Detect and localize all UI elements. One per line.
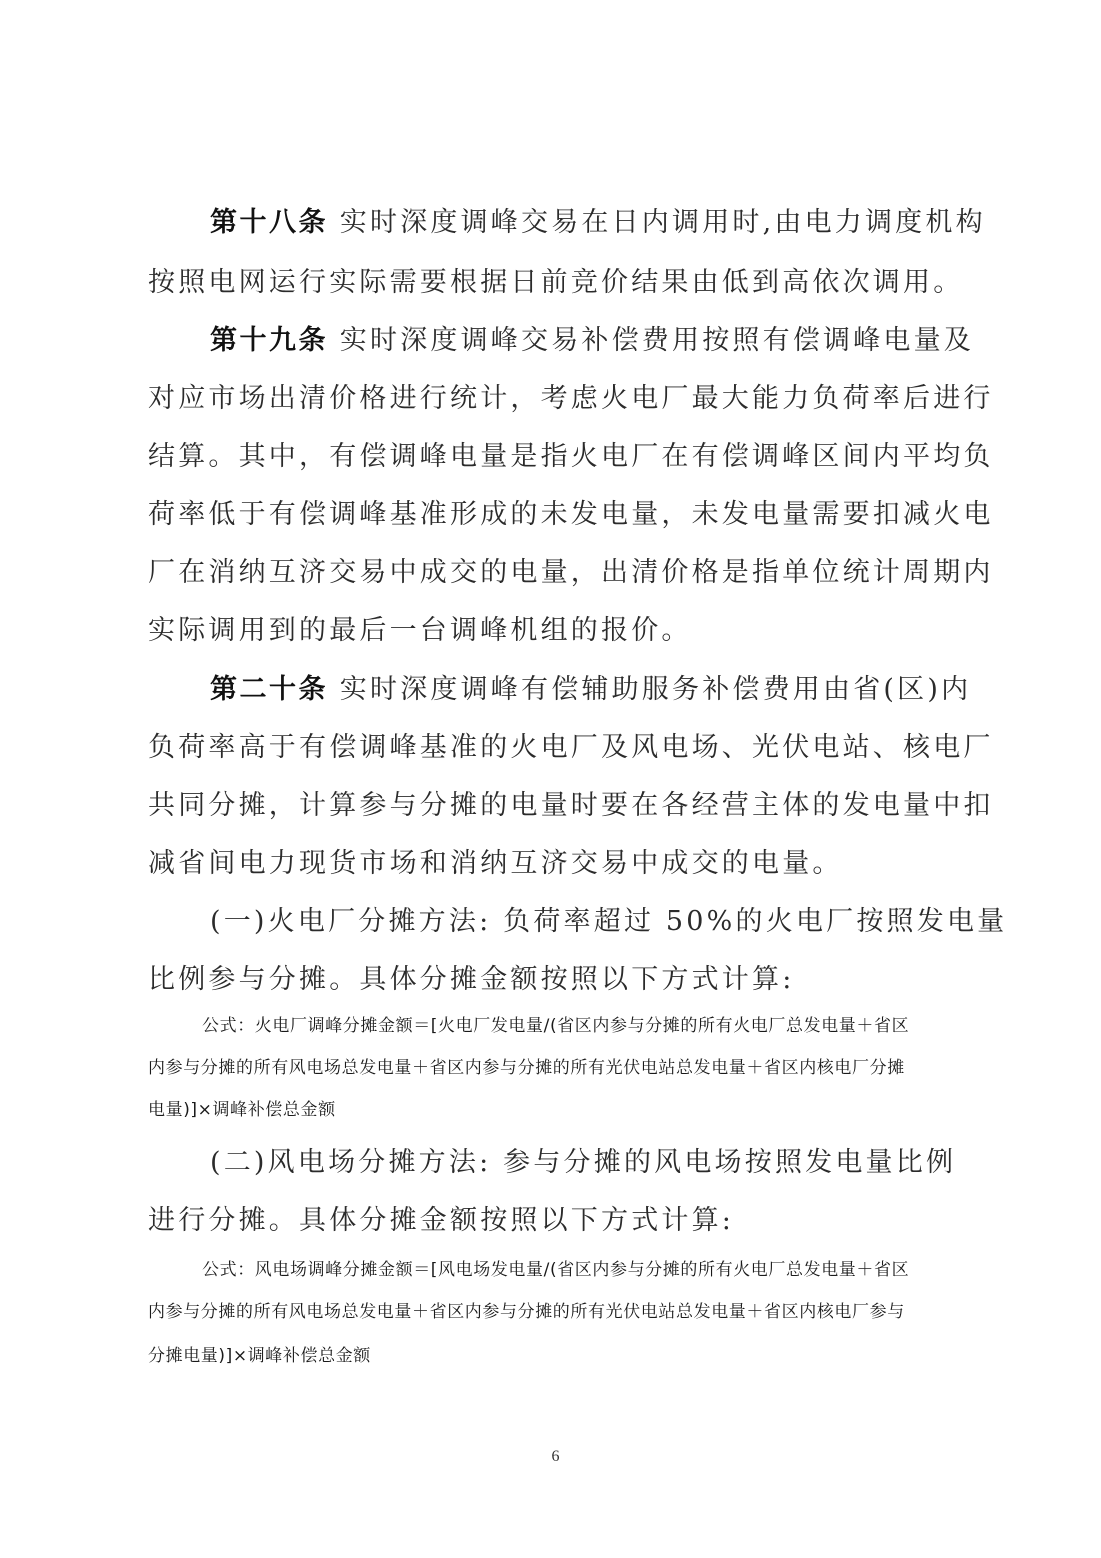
article-20-line-2: 负荷率高于有偿调峰基准的火电厂及风电场、光伏电站、核电厂: [148, 733, 968, 763]
formula-2-line-2: 内参与分摊的所有风电场总发电量＋省区内参与分摊的所有光伏电站总发电量＋省区内核电…: [148, 1302, 905, 1322]
formula-1-line-1: 公式：火电厂调峰分摊金额＝[火电厂发电量/(省区内参与分摊的所有火电厂总发电量＋…: [202, 1016, 909, 1036]
article-19-line-5: 厂在消纳互济交易中成交的电量，出清价格是指单位统计周期内: [148, 558, 968, 588]
article-20-heading: 第二十条: [210, 674, 328, 705]
method-2-line-2: 进行分摊。具体分摊金额按照以下方式计算:: [148, 1206, 968, 1236]
page-number: 6: [0, 1448, 1101, 1466]
article-20-line-4: 减省间电力现货市场和消纳互济交易中成交的电量。: [148, 849, 968, 879]
article-18-line-1: 第十八条 实时深度调峰交易在日内调用时,由电力调度机构: [210, 208, 1030, 238]
article-19-line-3: 结算。其中，有偿调峰电量是指火电厂在有偿调峰区间内平均负: [148, 442, 968, 472]
article-19-line-6: 实际调用到的最后一台调峰机组的报价。: [148, 616, 968, 646]
article-18-line-2: 按照电网运行实际需要根据日前竞价结果由低到高依次调用。: [148, 268, 968, 298]
article-19-line-1: 第十九条 实时深度调峰交易补偿费用按照有偿调峰电量及: [210, 326, 1030, 356]
formula-1-line-3: 电量)]×调峰补偿总金额: [148, 1100, 336, 1120]
formula-2-line-3: 分摊电量)]×调峰补偿总金额: [148, 1346, 371, 1366]
article-20-line-3: 共同分摊，计算参与分摊的电量时要在各经营主体的发电量中扣: [148, 791, 968, 821]
article-19-line-2: 对应市场出清价格进行统计，考虑火电厂最大能力负荷率后进行: [148, 384, 968, 414]
article-19-line-4: 荷率低于有偿调峰基准形成的未发电量，未发电量需要扣减火电: [148, 500, 968, 530]
formula-1-line-2: 内参与分摊的所有风电场总发电量＋省区内参与分摊的所有光伏电站总发电量＋省区内核电…: [148, 1058, 905, 1078]
method-1-line-1: (一)火电厂分摊方法: 负荷率超过 50%的火电厂按照发电量: [210, 907, 1030, 937]
article-18-heading: 第十八条: [210, 207, 328, 238]
method-2-line-1: (二)风电场分摊方法: 参与分摊的风电场按照发电量比例: [210, 1148, 1030, 1178]
document-page: 第十八条 实时深度调峰交易在日内调用时,由电力调度机构 按照电网运行实际需要根据…: [0, 0, 1101, 1558]
article-19-heading: 第十九条: [210, 325, 328, 356]
formula-2-line-1: 公式：风电场调峰分摊金额＝[风电场发电量/(省区内参与分摊的所有火电厂总发电量＋…: [202, 1260, 909, 1280]
article-20-line-1: 第二十条 实时深度调峰有偿辅助服务补偿费用由省(区)内: [210, 675, 1030, 705]
method-1-line-2: 比例参与分摊。具体分摊金额按照以下方式计算:: [148, 965, 968, 995]
